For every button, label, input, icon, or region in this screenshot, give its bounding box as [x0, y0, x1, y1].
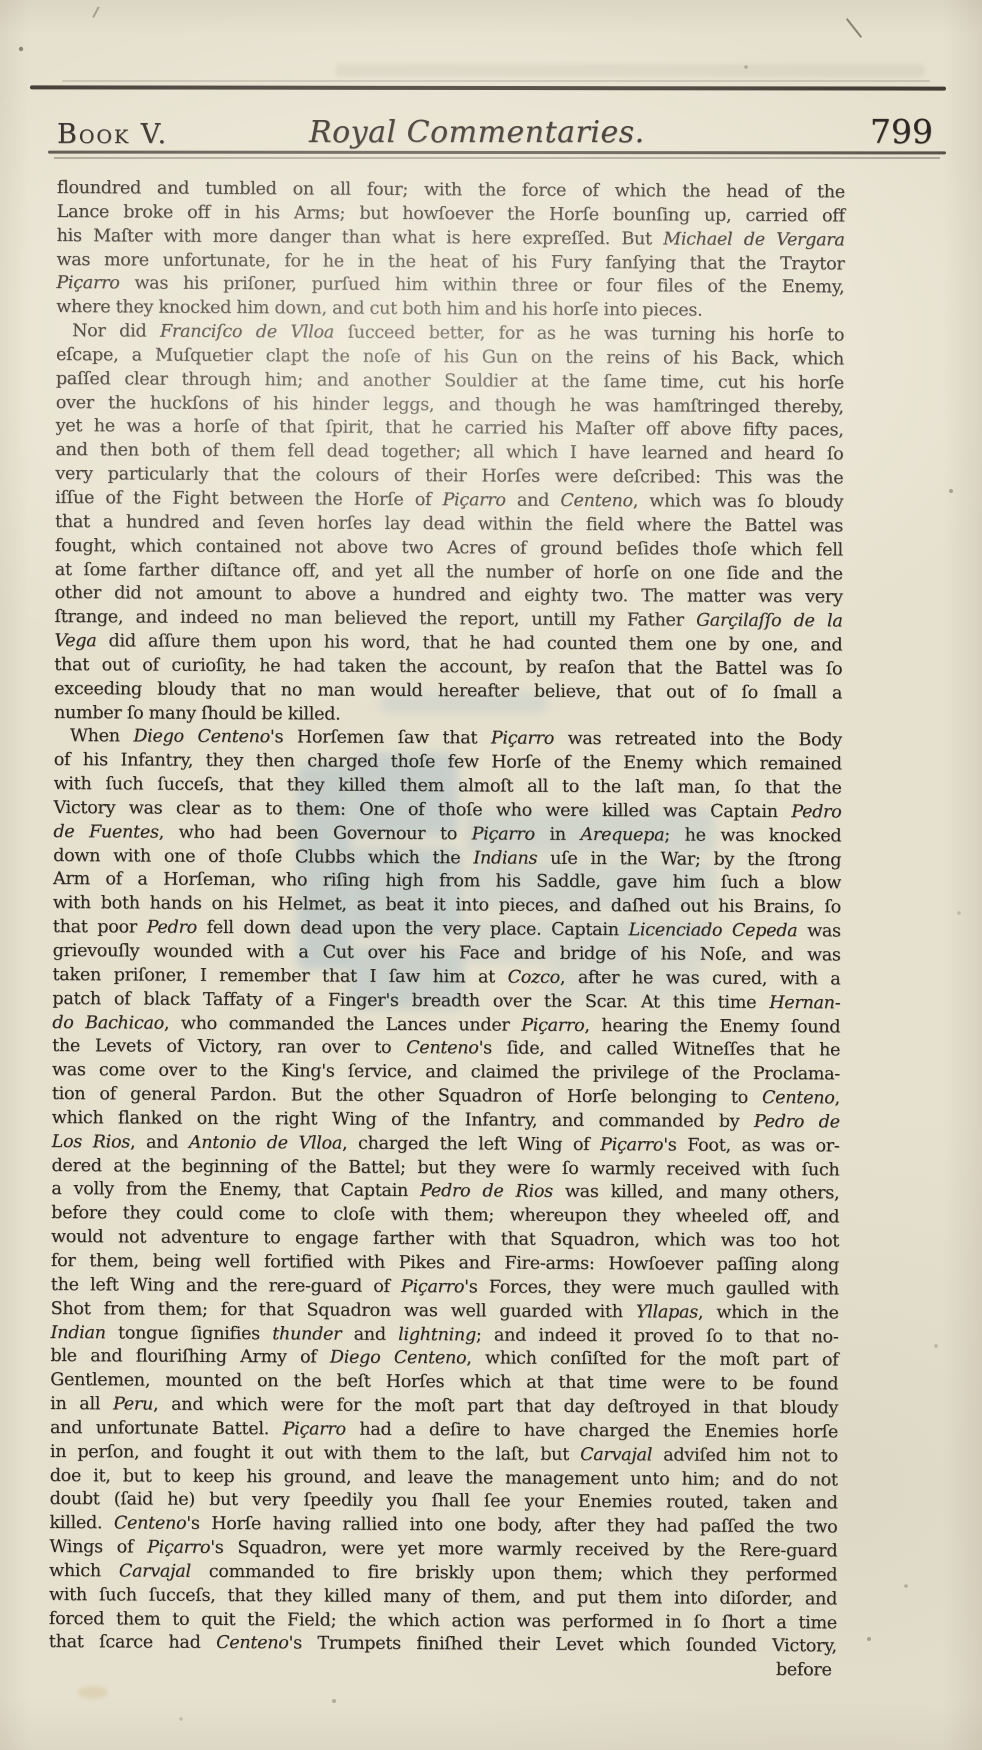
book-page: Book V. Royal Commentaries. 799 floundre… — [0, 0, 982, 1750]
header-rule-top — [30, 85, 946, 90]
catchword: before — [49, 1655, 837, 1683]
paper-stain — [78, 1686, 108, 1699]
paper-specks — [0, 0, 2, 2]
book-label: Book V. — [57, 121, 168, 148]
stray-ink-mark — [92, 6, 99, 17]
text-line: that ſcarce had Centeno's Trumpets finiſ… — [49, 1631, 837, 1659]
text-block: floundred and tumbled on all four; with … — [49, 177, 845, 1684]
running-title: Royal Commentaries. — [309, 118, 645, 148]
stray-ink-mark — [846, 18, 862, 38]
header-rule-bottom-echo — [54, 157, 940, 159]
page-header: Book V. Royal Commentaries. 799 — [57, 104, 935, 148]
header-rule-bottom — [48, 151, 946, 155]
header-rule-top-echo — [62, 80, 930, 82]
ink-showthrough-band — [335, 64, 925, 77]
page-number: 799 — [870, 115, 933, 148]
